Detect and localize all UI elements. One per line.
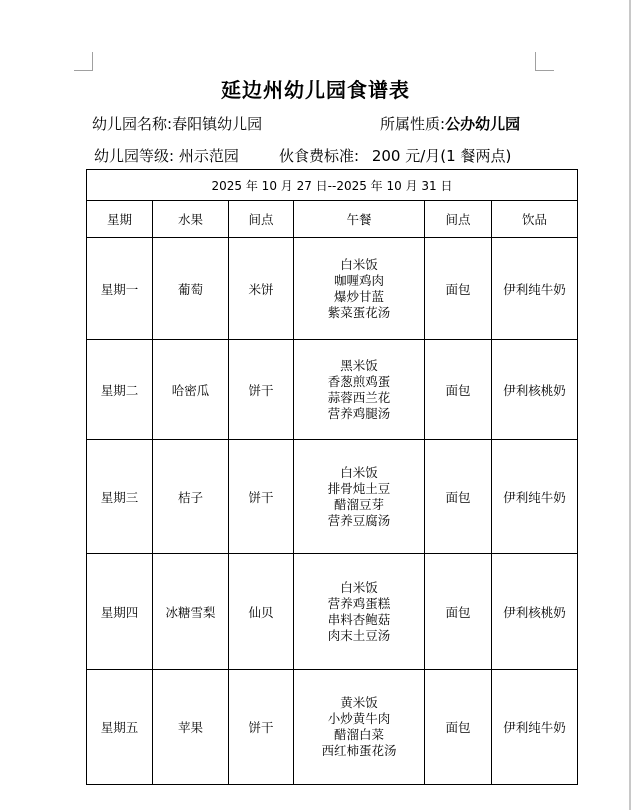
header-drink: 饮品: [492, 201, 578, 238]
header-weekday: 星期: [87, 201, 153, 238]
fee-line: 伙食费标准: 200 元/月(1 餐两点): [279, 145, 511, 166]
lunch-item: 小炒黄牛肉: [294, 711, 424, 727]
drink-cell: 伊利纯牛奶: [492, 440, 578, 554]
lunch-item: 白米饭: [294, 257, 424, 273]
ownership-label: 所属性质:: [380, 115, 445, 133]
table-row: 星期一 葡萄 米饼 白米饭 咖喱鸡肉 爆炒甘蓝 紫菜蛋花汤 面包 伊利纯牛奶: [87, 238, 578, 340]
grade-label: 幼儿园等级:: [94, 147, 174, 165]
lunch-cell: 白米饭 排骨炖土豆 醋溜豆芽 营养豆腐汤: [294, 440, 425, 554]
snack2-cell: 面包: [425, 554, 492, 670]
lunch-item: 醋溜豆芽: [294, 497, 424, 513]
lunch-cell: 白米饭 咖喱鸡肉 爆炒甘蓝 紫菜蛋花汤: [294, 238, 425, 340]
grade-line: 幼儿园等级: 州示范园: [94, 145, 239, 166]
fee-value: 200 元/月(1 餐两点): [372, 147, 511, 165]
weekday-cell: 星期三: [87, 440, 153, 554]
snack2-cell: 面包: [425, 670, 492, 785]
kindergarten-name-line: 幼儿园名称:春阳镇幼儿园: [92, 113, 262, 134]
drink-cell: 伊利纯牛奶: [492, 670, 578, 785]
table-row: 星期二 哈密瓜 饼干 黑米饭 香葱煎鸡蛋 蒜蓉西兰花 营养鸡腿汤 面包 伊利核桃…: [87, 340, 578, 440]
kindergarten-name-label: 幼儿园名称:: [92, 115, 172, 133]
fee-label: 伙食费标准:: [279, 147, 359, 165]
lunch-item: 西红柿蛋花汤: [294, 743, 424, 759]
snack1-cell: 仙贝: [229, 554, 294, 670]
table-row: 星期五 苹果 饼干 黄米饭 小炒黄牛肉 醋溜白菜 西红柿蛋花汤 面包 伊利纯牛奶: [87, 670, 578, 785]
header-lunch: 午餐: [294, 201, 425, 238]
weekday-cell: 星期一: [87, 238, 153, 340]
table-row: 星期三 桔子 饼干 白米饭 排骨炖土豆 醋溜豆芽 营养豆腐汤 面包 伊利纯牛奶: [87, 440, 578, 554]
drink-cell: 伊利纯牛奶: [492, 238, 578, 340]
lunch-item: 香葱煎鸡蛋: [294, 374, 424, 390]
margin-corner-mark-left: [74, 52, 93, 71]
lunch-item: 排骨炖土豆: [294, 481, 424, 497]
lunch-item: 爆炒甘蓝: [294, 289, 424, 305]
fruit-cell: 冰糖雪梨: [153, 554, 229, 670]
lunch-cell: 黑米饭 香葱煎鸡蛋 蒜蓉西兰花 营养鸡腿汤: [294, 340, 425, 440]
drink-cell: 伊利核桃奶: [492, 554, 578, 670]
weekday-cell: 星期二: [87, 340, 153, 440]
date-range-row: 2025 年 10 月 27 日--2025 年 10 月 31 日: [87, 170, 578, 201]
drink-cell: 伊利核桃奶: [492, 340, 578, 440]
header-snack-1: 间点: [229, 201, 294, 238]
lunch-item: 紫菜蛋花汤: [294, 305, 424, 321]
lunch-item: 串料杏鲍菇: [294, 612, 424, 628]
snack2-cell: 面包: [425, 340, 492, 440]
header-snack-2: 间点: [425, 201, 492, 238]
lunch-item: 蒜蓉西兰花: [294, 390, 424, 406]
fruit-cell: 哈密瓜: [153, 340, 229, 440]
document-title: 延边州幼儿园食谱表: [0, 74, 631, 103]
weekday-cell: 星期五: [87, 670, 153, 785]
lunch-item: 营养豆腐汤: [294, 513, 424, 529]
table-row: 星期四 冰糖雪梨 仙贝 白米饭 营养鸡蛋糕 串料杏鲍菇 肉末土豆汤 面包 伊利核…: [87, 554, 578, 670]
snack1-cell: 饼干: [229, 440, 294, 554]
snack1-cell: 饼干: [229, 340, 294, 440]
lunch-item: 咖喱鸡肉: [294, 273, 424, 289]
lunch-cell: 白米饭 营养鸡蛋糕 串料杏鲍菇 肉末土豆汤: [294, 554, 425, 670]
grade-value: 州示范园: [179, 147, 239, 165]
kindergarten-name: 春阳镇幼儿园: [172, 115, 262, 133]
ownership-line: 所属性质:公办幼儿园: [380, 113, 520, 134]
lunch-item: 醋溜白菜: [294, 727, 424, 743]
fruit-cell: 桔子: [153, 440, 229, 554]
lunch-item: 肉末土豆汤: [294, 628, 424, 644]
snack1-cell: 米饼: [229, 238, 294, 340]
fruit-cell: 苹果: [153, 670, 229, 785]
date-range: 2025 年 10 月 27 日--2025 年 10 月 31 日: [87, 170, 578, 201]
fruit-cell: 葡萄: [153, 238, 229, 340]
snack1-cell: 饼干: [229, 670, 294, 785]
snack2-cell: 面包: [425, 440, 492, 554]
lunch-item: 营养鸡腿汤: [294, 406, 424, 422]
header-fruit: 水果: [153, 201, 229, 238]
lunch-cell: 黄米饭 小炒黄牛肉 醋溜白菜 西红柿蛋花汤: [294, 670, 425, 785]
weekday-cell: 星期四: [87, 554, 153, 670]
lunch-item: 营养鸡蛋糕: [294, 596, 424, 612]
lunch-item: 黑米饭: [294, 358, 424, 374]
ownership-value: 公办幼儿园: [445, 115, 520, 133]
snack2-cell: 面包: [425, 238, 492, 340]
menu-table: 2025 年 10 月 27 日--2025 年 10 月 31 日 星期 水果…: [86, 169, 578, 785]
lunch-item: 白米饭: [294, 580, 424, 596]
header-row: 星期 水果 间点 午餐 间点 饮品: [87, 201, 578, 238]
lunch-item: 黄米饭: [294, 695, 424, 711]
margin-corner-mark-right: [535, 52, 554, 71]
lunch-item: 白米饭: [294, 465, 424, 481]
